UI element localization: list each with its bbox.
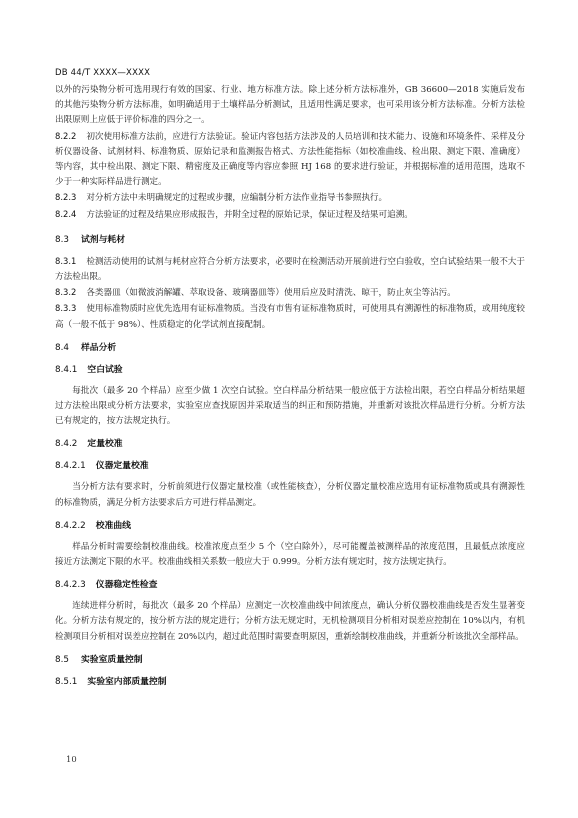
section-number: 8.4.2.1: [55, 461, 86, 471]
section-heading-8-4-2-1: 8.4.2.1仪器定量校准: [55, 459, 525, 473]
section-title: 试剂与耗材: [81, 235, 125, 245]
section-title: 实验室质量控制: [81, 655, 143, 665]
section-number: 8.4.2.3: [55, 580, 86, 590]
section-heading-8-5-1: 8.5.1实验室内部质量控制: [55, 675, 525, 689]
section-title: 仪器定量校准: [96, 461, 149, 471]
clause-number: 8.3.1: [55, 256, 76, 266]
paragraph-text: 连续进样分析时，每批次（最多 20 个样品）应测定一次校准曲线中间浓度点，确认分…: [55, 601, 525, 641]
section-heading-8-4: 8.4样品分析: [55, 341, 525, 355]
document-page: DB 44/T XXXX—XXXX 以外的污染物分析可选用现行有效的国家、行业、…: [0, 0, 578, 818]
section-number: 8.4.2: [55, 439, 77, 449]
section-heading-8-4-2: 8.4.2定量校准: [55, 437, 525, 451]
paragraph-text: 以外的污染物分析可选用现行有效的国家、行业、地方标准方法。除上述分析方法标准外，…: [55, 85, 525, 125]
clause-8-2-4: 8.2.4方法验证的过程及结果应形成报告，并附全过程的原始记录，保证过程及结果可…: [55, 207, 525, 223]
clause-8-2-3: 8.2.3对分析方法中未明确规定的过程或步骤，应编制分析方法作业指导书参照执行。: [55, 190, 525, 206]
section-heading-8-5: 8.5实验室质量控制: [55, 653, 525, 667]
section-heading-8-3: 8.3试剂与耗材: [55, 233, 525, 247]
page-number: 10: [66, 754, 77, 764]
clause-text: 使用标准物质时应优先选用有证标准物质。当没有市售有证标准物质时，可使用具有溯源性…: [55, 304, 525, 329]
clause-number: 8.3.2: [55, 287, 76, 297]
section-title: 空白试验: [87, 365, 122, 375]
paragraph-text: 样品分析时需要绘制校准曲线。校准浓度点至少 5 个（空白除外），尽可能覆盖被测样…: [55, 542, 525, 567]
section-title: 校准曲线: [96, 521, 131, 531]
section-number: 8.3: [55, 235, 69, 245]
section-number: 8.5.1: [55, 677, 77, 687]
section-number: 8.5: [55, 655, 69, 665]
clause-text: 方法验证的过程及结果应形成报告，并附全过程的原始记录，保证过程及结果可追溯。: [86, 210, 413, 220]
paragraph-instrument-calibration: 当分析方法有要求时，分析前须进行仪器定量校准（或性能核查），分析仪器定量校准应选…: [55, 480, 525, 510]
section-number: 8.4.1: [55, 365, 77, 375]
document-body: 以外的污染物分析可选用现行有效的国家、行业、地方标准方法。除上述分析方法标准外，…: [55, 83, 525, 696]
paragraph-continuation: 以外的污染物分析可选用现行有效的国家、行业、地方标准方法。除上述分析方法标准外，…: [55, 83, 525, 129]
clause-8-3-1: 8.3.1检测活动使用的试剂与耗材应符合分析方法要求，必要时在检测活动开展前进行…: [55, 254, 525, 285]
clause-number: 8.2.3: [55, 192, 76, 202]
clause-text: 初次使用标准方法前，应进行方法验证。验证内容包括方法涉及的人员培训和技术能力、设…: [55, 132, 525, 188]
clause-number: 8.3.3: [55, 303, 76, 313]
section-title: 样品分析: [81, 343, 116, 353]
paragraph-blank-test: 每批次（最多 20 个样品）应至少做 1 次空白试验。空白样品分析结果一般应低于…: [55, 384, 525, 430]
section-heading-8-4-2-2: 8.4.2.2校准曲线: [55, 519, 525, 533]
clause-8-3-3: 8.3.3使用标准物质时应优先选用有证标准物质。当没有市售有证标准物质时，可使用…: [55, 301, 525, 332]
section-number: 8.4: [55, 343, 69, 353]
clause-number: 8.2.4: [55, 209, 76, 219]
clause-text: 对分析方法中未明确规定的过程或步骤，应编制分析方法作业指导书参照执行。: [86, 193, 387, 203]
section-title: 实验室内部质量控制: [87, 677, 166, 687]
section-title: 定量校准: [87, 439, 122, 449]
clause-text: 各类器皿（如微波消解罐、萃取设备、玻璃器皿等）使用后应及时清洗、晾干，防止灰尘等…: [86, 288, 456, 298]
clause-8-3-2: 8.3.2各类器皿（如微波消解罐、萃取设备、玻璃器皿等）使用后应及时清洗、晾干，…: [55, 285, 525, 301]
clause-number: 8.2.2: [55, 131, 76, 141]
section-title: 仪器稳定性检查: [96, 580, 158, 590]
paragraph-stability-check: 连续进样分析时，每批次（最多 20 个样品）应测定一次校准曲线中间浓度点，确认分…: [55, 599, 525, 645]
section-number: 8.4.2.2: [55, 521, 86, 531]
clause-8-2-2: 8.2.2初次使用标准方法前，应进行方法验证。验证内容包括方法涉及的人员培训和技…: [55, 129, 525, 191]
clause-text: 检测活动使用的试剂与耗材应符合分析方法要求，必要时在检测活动开展前进行空白验收，…: [55, 257, 525, 282]
paragraph-text: 每批次（最多 20 个样品）应至少做 1 次空白试验。空白样品分析结果一般应低于…: [55, 386, 525, 426]
paragraph-text: 当分析方法有要求时，分析前须进行仪器定量校准（或性能核查），分析仪器定量校准应选…: [55, 482, 525, 507]
paragraph-calibration-curve: 样品分析时需要绘制校准曲线。校准浓度点至少 5 个（空白除外），尽可能覆盖被测样…: [55, 540, 525, 570]
section-heading-8-4-1: 8.4.1空白试验: [55, 363, 525, 377]
standard-code-header: DB 44/T XXXX—XXXX: [55, 68, 150, 78]
section-heading-8-4-2-3: 8.4.2.3仪器稳定性检查: [55, 578, 525, 592]
